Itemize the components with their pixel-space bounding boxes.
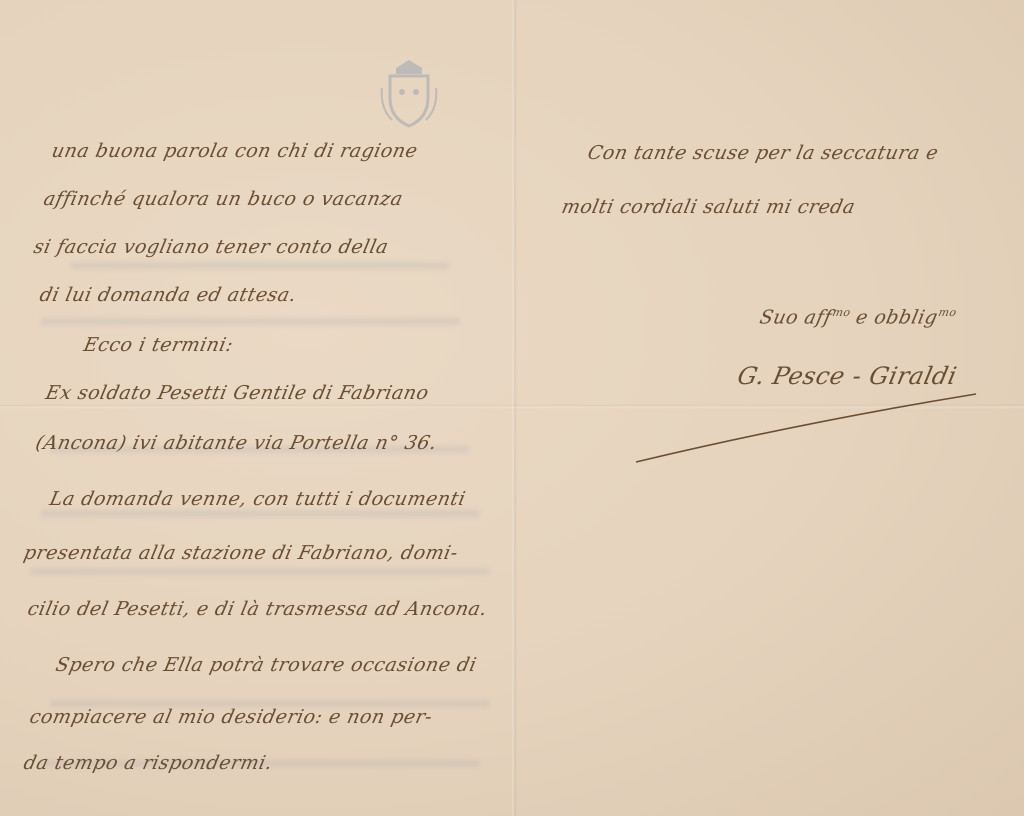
signature-flourish [634, 392, 978, 464]
letter-line-10: cilio del Pesetti, e di là trasmessa ad … [26, 598, 490, 620]
valediction-sup-2: mo [937, 306, 958, 319]
letter-line-1: una buona parola con chi di ragione [50, 140, 420, 162]
letter-line-6: Ex soldato Pesetti Gentile di Fabriano [44, 382, 431, 404]
letter-line-3: si faccia vogliano tener conto della [32, 236, 391, 258]
valediction-mid: e obblig [847, 306, 940, 328]
letter-sheet: una buona parola con chi di ragione affi… [0, 0, 1024, 816]
letter-line-12: compiacere al mio desiderio: e non per- [28, 706, 435, 728]
letter-line-4: di lui domanda ed attesa. [38, 284, 299, 306]
valediction-base: Suo aff [758, 306, 834, 328]
closing-line-1: Con tante scuse per la seccatura e [586, 142, 941, 164]
coat-of-arms-emboss-icon [378, 58, 440, 132]
letter-line-7: (Ancona) ivi abitante via Portella n° 36… [34, 432, 439, 454]
letter-line-11: Spero che Ella potrà trovare occasione d… [54, 654, 479, 676]
valediction: Suo affmo e obbligmo [758, 306, 958, 328]
letter-line-5: Ecco i termini: [82, 334, 236, 356]
letter-line-8: La domanda venne, con tutti i documenti [48, 488, 468, 510]
signature: G. Pesce - Giraldi [735, 362, 959, 390]
left-page: una buona parola con chi di ragione affi… [0, 0, 512, 816]
closing-line-2: molti cordiali saluti mi creda [560, 196, 858, 218]
letter-line-2: affinché qualora un buco o vacanza [42, 188, 405, 210]
letter-line-9: presentata alla stazione di Fabriano, do… [22, 542, 461, 564]
letter-line-13: da tempo a rispondermi. [22, 752, 275, 774]
